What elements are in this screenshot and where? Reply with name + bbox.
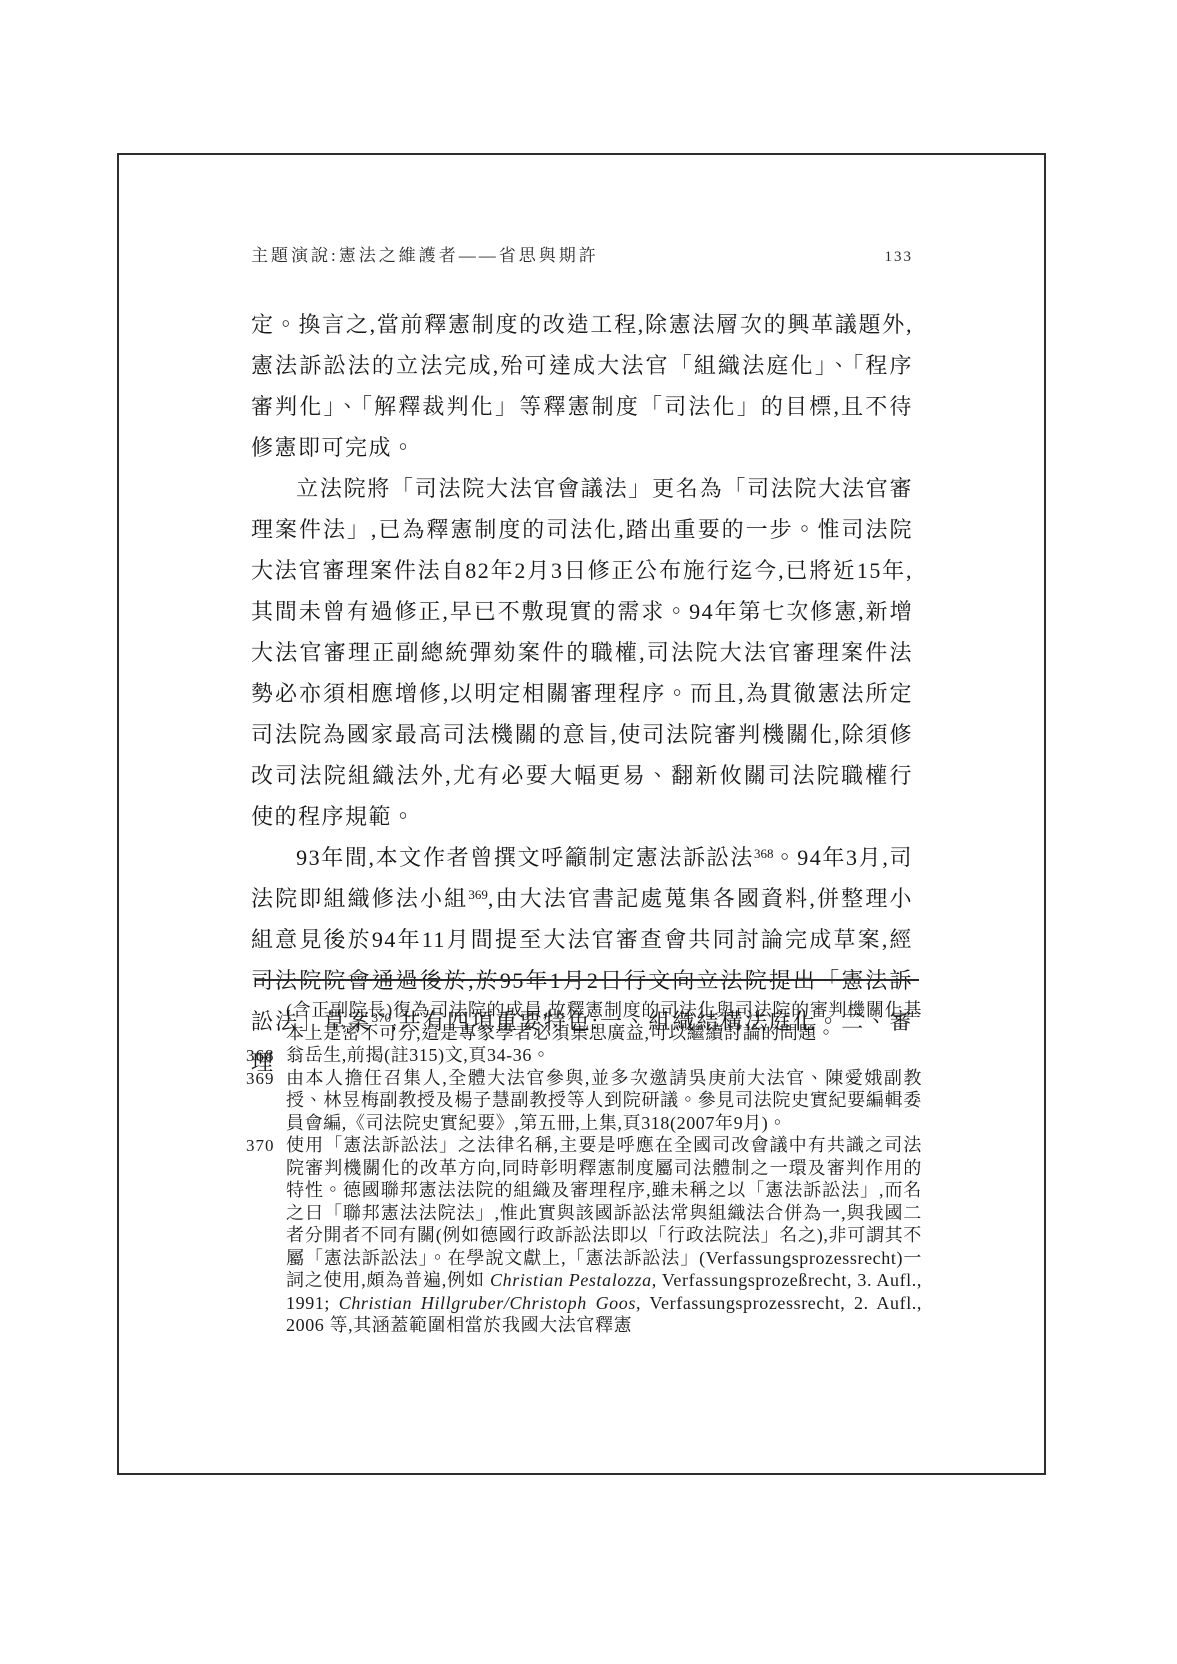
footnote-370-author-2: Christian Hillgruber/Christoph Goos	[339, 1293, 636, 1313]
footnote-ref-368: 368	[754, 846, 774, 861]
footnote-ref-369: 369	[468, 887, 488, 902]
page-frame: 主題演說:憲法之維護者——省思與期許 133 定。換言之,當前釋憲制度的改造工程…	[117, 153, 1046, 1475]
footnote-continuation: (含正副院長)復為司法院的成員,故釋憲制度的司法化與司法院的審判機關化基本上是密…	[286, 999, 922, 1044]
footnote-text-368: 翁岳生,前揭(註315)文,頁34-36。	[286, 1045, 551, 1065]
body-text: 定。換言之,當前釋憲制度的改造工程,除憲法層次的興革議題外,憲法訴訟法的立法完成…	[251, 304, 913, 1083]
footnote-item-370: 370 使用「憲法訴訟法」之法律名稱,主要是呼應在全國司改會議中有共識之司法院審…	[246, 1134, 922, 1337]
footnote-number-368: 368	[246, 1045, 275, 1068]
footnote-370-author-1: Christian Pestalozza	[490, 1270, 652, 1290]
body-paragraph-2: 立法院將「司法院大法官會議法」更名為「司法院大法官審理案件法」,已為釋憲制度的司…	[251, 468, 913, 837]
running-head-title: 主題演說:憲法之維護者——省思與期許	[251, 241, 599, 266]
document-page: { "header": { "title": "主題演說:憲法之維護者——省思與…	[0, 0, 1177, 1664]
footnote-item-368: 368 翁岳生,前揭(註315)文,頁34-36。	[246, 1044, 922, 1067]
footnote-number-369: 369	[246, 1068, 275, 1091]
footnote-item-369: 369 由本人擔任召集人,全體大法官參與,並多次邀請吳庚前大法官、陳愛娥副教授、…	[246, 1067, 922, 1135]
footnote-separator	[256, 979, 919, 981]
footnote-370-text-1: 使用「憲法訴訟法」之法律名稱,主要是呼應在全國司改會議中有共識之司法院審判機關化…	[286, 1135, 922, 1290]
para3-text-1: 93年間,本文作者曾撰文呼籲制定憲法訴訟法	[296, 845, 754, 870]
footnote-text-369: 由本人擔任召集人,全體大法官參與,並多次邀請吳庚前大法官、陳愛娥副教授、林昱梅副…	[286, 1068, 922, 1133]
page-header: 主題演說:憲法之維護者——省思與期許 133	[251, 241, 913, 266]
footnote-text-370: 使用「憲法訴訟法」之法律名稱,主要是呼應在全國司改會議中有共識之司法院審判機關化…	[286, 1135, 922, 1335]
body-paragraph-1: 定。換言之,當前釋憲制度的改造工程,除憲法層次的興革議題外,憲法訴訟法的立法完成…	[251, 304, 913, 468]
footnotes-section: (含正副院長)復為司法院的成員,故釋憲制度的司法化與司法院的審判機關化基本上是密…	[246, 999, 922, 1337]
page-number: 133	[885, 249, 914, 266]
footnote-number-370: 370	[246, 1135, 275, 1158]
